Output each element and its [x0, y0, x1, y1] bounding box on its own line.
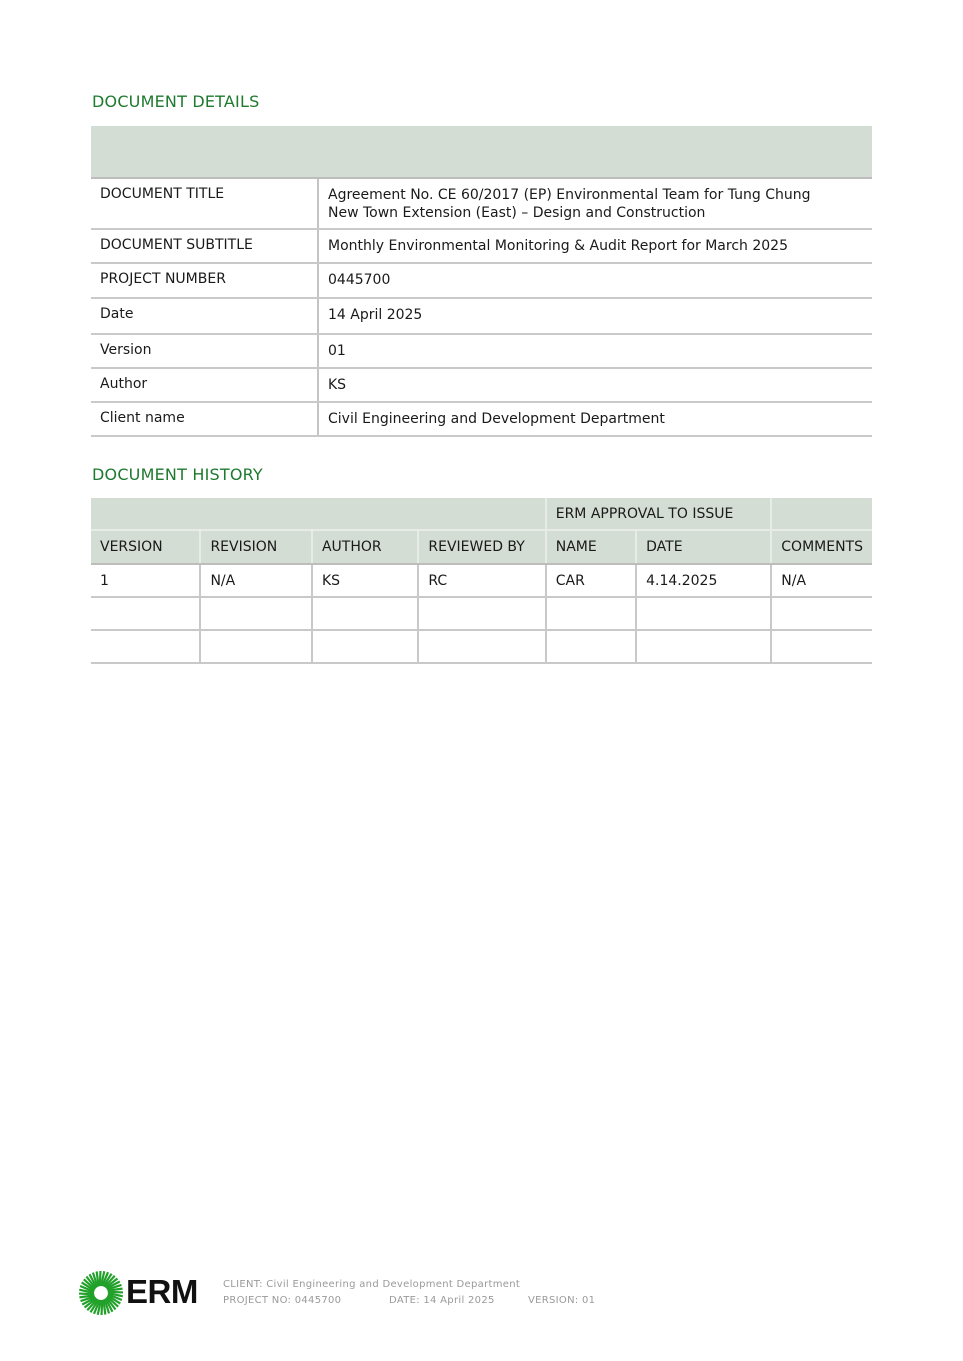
- details-header-band: [91, 126, 872, 178]
- cell-version: [91, 630, 200, 663]
- table-row: Version 01: [91, 334, 872, 368]
- table-row: [91, 630, 872, 663]
- cell-revision: [200, 630, 312, 663]
- document-title-value: Agreement No. CE 60/2017 (EP) Environmen…: [318, 178, 872, 229]
- cell-name: [546, 597, 636, 630]
- footer-client: CLIENT: Civil Engineering and Developmen…: [223, 1279, 520, 1290]
- footer-version: VERSION: 01: [528, 1295, 595, 1306]
- cell-date: [636, 630, 771, 663]
- table-row: DOCUMENT TITLE Agreement No. CE 60/2017 …: [91, 178, 872, 229]
- cell-reviewed-by: [418, 597, 545, 630]
- cell-revision: [200, 597, 312, 630]
- footer-project-no: PROJECT NO: 0445700: [223, 1295, 341, 1306]
- title-line-2: New Town Extension (East) – Design and C…: [328, 204, 863, 222]
- column-header-reviewed-by: REVIEWED BY: [418, 530, 545, 564]
- page-footer: ERM CLIENT: Civil Engineering and Develo…: [78, 1270, 678, 1320]
- table-row: PROJECT NUMBER 0445700: [91, 263, 872, 298]
- cell-author: KS: [312, 564, 418, 597]
- row-label: DOCUMENT SUBTITLE: [91, 229, 318, 263]
- cell-author: [312, 597, 418, 630]
- date-value: 14 April 2025: [318, 298, 872, 334]
- column-header-author: AUTHOR: [312, 530, 418, 564]
- document-details-heading: DOCUMENT DETAILS: [92, 92, 259, 111]
- table-row: [91, 597, 872, 630]
- row-label: Version: [91, 334, 318, 368]
- column-header-revision: REVISION: [200, 530, 312, 564]
- row-label: Client name: [91, 402, 318, 436]
- client-name-value: Civil Engineering and Development Depart…: [318, 402, 872, 436]
- group-header-row: ERM APPROVAL TO ISSUE: [91, 498, 872, 530]
- title-line-1: Agreement No. CE 60/2017 (EP) Environmen…: [328, 186, 863, 204]
- cell-comments: [771, 630, 872, 663]
- column-header-name: NAME: [546, 530, 636, 564]
- table-row: Date 14 April 2025: [91, 298, 872, 334]
- column-header-version: VERSION: [91, 530, 200, 564]
- logo-text: ERM: [126, 1273, 198, 1311]
- column-header-row: VERSION REVISION AUTHOR REVIEWED BY NAME…: [91, 530, 872, 564]
- author-value: KS: [318, 368, 872, 402]
- table-row: Client name Civil Engineering and Develo…: [91, 402, 872, 436]
- cell-version: 1: [91, 564, 200, 597]
- footer-date: DATE: 14 April 2025: [389, 1295, 495, 1306]
- cell-name: CAR: [546, 564, 636, 597]
- table-row: DOCUMENT SUBTITLE Monthly Environmental …: [91, 229, 872, 263]
- row-label: Date: [91, 298, 318, 334]
- row-label: Author: [91, 368, 318, 402]
- row-label: PROJECT NUMBER: [91, 263, 318, 298]
- cell-name: [546, 630, 636, 663]
- row-label: DOCUMENT TITLE: [91, 178, 318, 229]
- erm-approval-group-header: ERM APPROVAL TO ISSUE: [546, 498, 772, 530]
- column-header-comments: COMMENTS: [771, 530, 872, 564]
- cell-author: [312, 630, 418, 663]
- document-subtitle-value: Monthly Environmental Monitoring & Audit…: [318, 229, 872, 263]
- table-row: Author KS: [91, 368, 872, 402]
- cell-comments: N/A: [771, 564, 872, 597]
- version-value: 01: [318, 334, 872, 368]
- cell-date: [636, 597, 771, 630]
- erm-logo: ERM: [78, 1270, 198, 1318]
- document-details-table: DOCUMENT TITLE Agreement No. CE 60/2017 …: [91, 126, 872, 437]
- footer-meta-line: PROJECT NO: 0445700 DATE: 14 April 2025 …: [223, 1295, 341, 1306]
- cell-date: 4.14.2025: [636, 564, 771, 597]
- cell-reviewed-by: [418, 630, 545, 663]
- column-header-date: DATE: [636, 530, 771, 564]
- table-row: 1 N/A KS RC CAR 4.14.2025 N/A: [91, 564, 872, 597]
- project-number-value: 0445700: [318, 263, 872, 298]
- document-history-table: ERM APPROVAL TO ISSUE VERSION REVISION A…: [91, 498, 872, 664]
- cell-version: [91, 597, 200, 630]
- cell-revision: N/A: [200, 564, 312, 597]
- erm-sunburst-logo-icon: [78, 1270, 124, 1316]
- document-history-heading: DOCUMENT HISTORY: [92, 465, 263, 484]
- cell-comments: [771, 597, 872, 630]
- cell-reviewed-by: RC: [418, 564, 545, 597]
